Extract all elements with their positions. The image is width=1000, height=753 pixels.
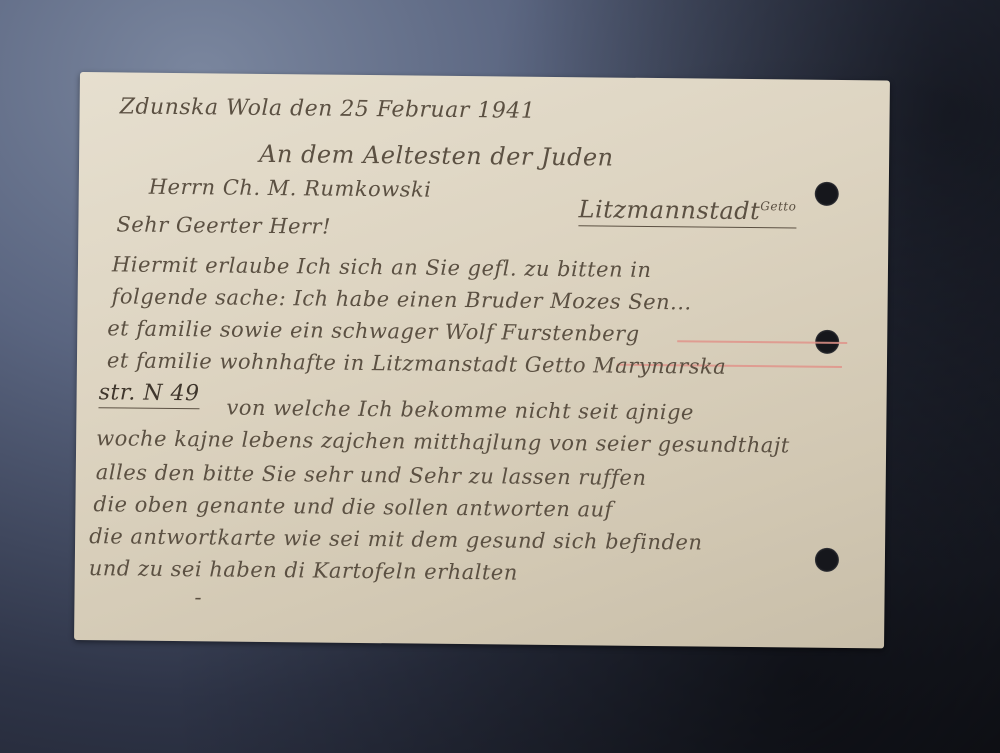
- body-line-11: und zu sei haben di Kartofeln erhalten: [89, 556, 518, 584]
- body-line-9: die oben genante und die sollen antworte…: [93, 492, 613, 521]
- body-line-7: woche kajne lebens zajchen mitthajlung v…: [96, 426, 790, 457]
- address-recipient-title: An dem Aeltesten der Juden: [259, 140, 614, 172]
- body-line-1: Hiermit erlaube Ich sich an Sie gefl. zu…: [112, 252, 652, 282]
- address-recipient-name: Herrn Ch. M. Rumkowski: [149, 175, 432, 202]
- body-line-2: folgende sache: Ich habe einen Bruder Mo…: [112, 284, 692, 314]
- red-underline-1: [677, 340, 847, 344]
- city-suffix: Getto: [760, 199, 796, 213]
- date-line: Zdunska Wola den 25 Februar 1941: [120, 94, 536, 123]
- punch-hole-bottom: [815, 548, 839, 572]
- salutation: Sehr Geerter Herr!: [116, 212, 331, 238]
- body-line-8: alles den bitte Sie sehr und Sehr zu las…: [96, 460, 647, 490]
- body-line-3: et familie sowie ein schwager Wolf Furst…: [107, 316, 640, 346]
- punch-hole-top: [815, 182, 839, 206]
- closing-mark: -: [194, 585, 202, 609]
- body-line-5-street: str. N 49: [98, 380, 199, 409]
- body-line-10: die antwortkarte wie sei mit dem gesund …: [89, 524, 703, 554]
- postcard: Zdunska Wola den 25 Februar 1941 An dem …: [74, 72, 890, 648]
- city-name: Litzmannstadt: [578, 195, 760, 225]
- address-city: LitzmannstadtGetto: [578, 195, 796, 228]
- body-line-6: von welche Ich bekomme nicht seit ajnige: [226, 396, 694, 425]
- body-line-4: et familie wohnhafte in Litzmanstadt Get…: [107, 348, 727, 378]
